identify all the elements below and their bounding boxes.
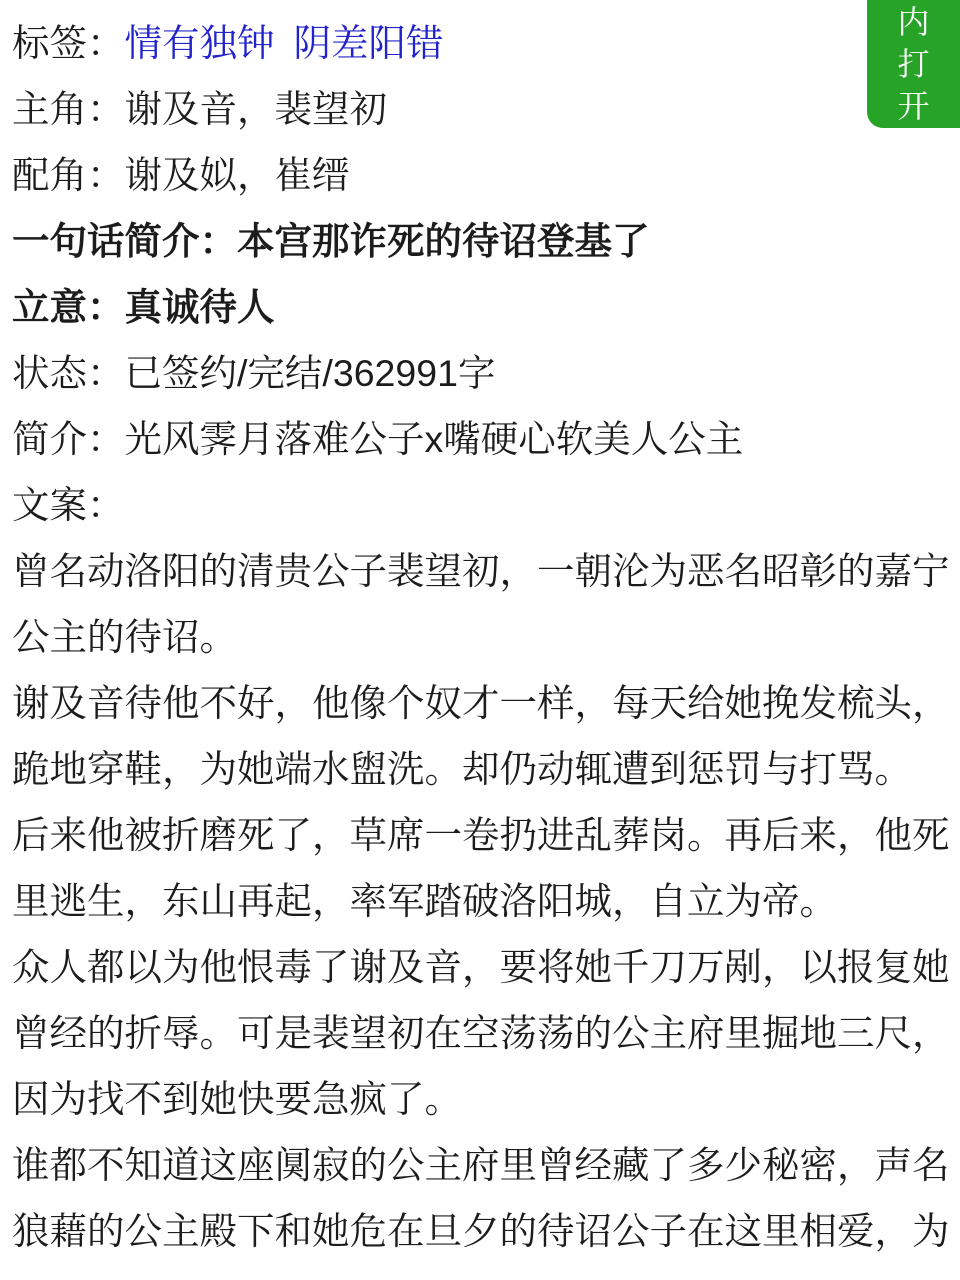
status-value: 已签约/完结/362991字 <box>125 352 496 394</box>
tags-row: 标签：情有独钟阴差阳错 <box>12 10 952 76</box>
supporting-roles-value: 谢及姒，崔缙 <box>125 154 350 196</box>
protagonists-row: 主角：谢及音，裴望初 <box>12 76 952 142</box>
brief-intro-value: 光风霁月落难公子x嘴硬心软美人公主 <box>125 418 744 460</box>
synopsis-paragraph: 后来他被折磨死了，草席一卷扔进乱葬岗。再后来，他死里逃生，东山再起，率军踏破洛阳… <box>12 802 952 934</box>
one-line-intro-value: 本宫那诈死的待诏登基了 <box>237 220 650 262</box>
synopsis-paragraph: 谁都不知道这座阒寂的公主府里曾经藏了多少秘密，声名狼藉的公主殿下和她危在旦夕的待… <box>12 1132 952 1264</box>
one-line-intro-row: 一句话简介：本宫那诈死的待诏登基了 <box>12 208 952 274</box>
tag-link-qingyouduzhong[interactable]: 情有独钟 <box>125 22 275 64</box>
one-line-intro-label: 一句话简介： <box>12 220 237 262</box>
theme-row: 立意：真诚待人 <box>12 274 952 340</box>
tag-link-yinchayangcuo[interactable]: 阴差阳错 <box>294 22 444 64</box>
status-label: 状态： <box>12 352 125 394</box>
open-in-app-button[interactable]: 内打开 <box>867 0 960 128</box>
synopsis-paragraph: 曾名动洛阳的清贵公子裴望初，一朝沦为恶名昭彰的嘉宁公主的待诏。 <box>12 538 952 670</box>
supporting-roles-label: 配角： <box>12 154 125 196</box>
tags-label: 标签： <box>12 22 125 64</box>
theme-label: 立意： <box>12 286 125 328</box>
open-in-app-char: 开 <box>897 85 929 127</box>
brief-intro-label: 简介： <box>12 418 125 460</box>
protagonists-value: 谢及音，裴望初 <box>125 88 388 130</box>
status-row: 状态：已签约/完结/362991字 <box>12 340 952 406</box>
supporting-roles-row: 配角：谢及姒，崔缙 <box>12 142 952 208</box>
brief-intro-row: 简介：光风霁月落难公子x嘴硬心软美人公主 <box>12 406 952 472</box>
open-in-app-char: 内 <box>897 1 929 43</box>
synopsis-paragraph: 众人都以为他恨毒了谢及音，要将她千刀万剐，以报复她曾经的折辱。可是裴望初在空荡荡… <box>12 934 952 1132</box>
synopsis-label: 文案： <box>12 484 125 526</box>
synopsis: 曾名动洛阳的清贵公子裴望初，一朝沦为恶名昭彰的嘉宁公主的待诏。谢及音待他不好，他… <box>12 538 952 1264</box>
open-in-app-char: 打 <box>897 43 929 85</box>
synopsis-label-row: 文案： <box>12 472 952 538</box>
theme-value: 真诚待人 <box>125 286 275 328</box>
synopsis-paragraph: 谢及音待他不好，他像个奴才一样，每天给她挽发梳头，跪地穿鞋，为她端水盥洗。却仍动… <box>12 670 952 802</box>
protagonists-label: 主角： <box>12 88 125 130</box>
novel-detail-page: 标签：情有独钟阴差阳错 主角：谢及音，裴望初 配角：谢及姒，崔缙 一句话简介：本… <box>0 0 960 1264</box>
